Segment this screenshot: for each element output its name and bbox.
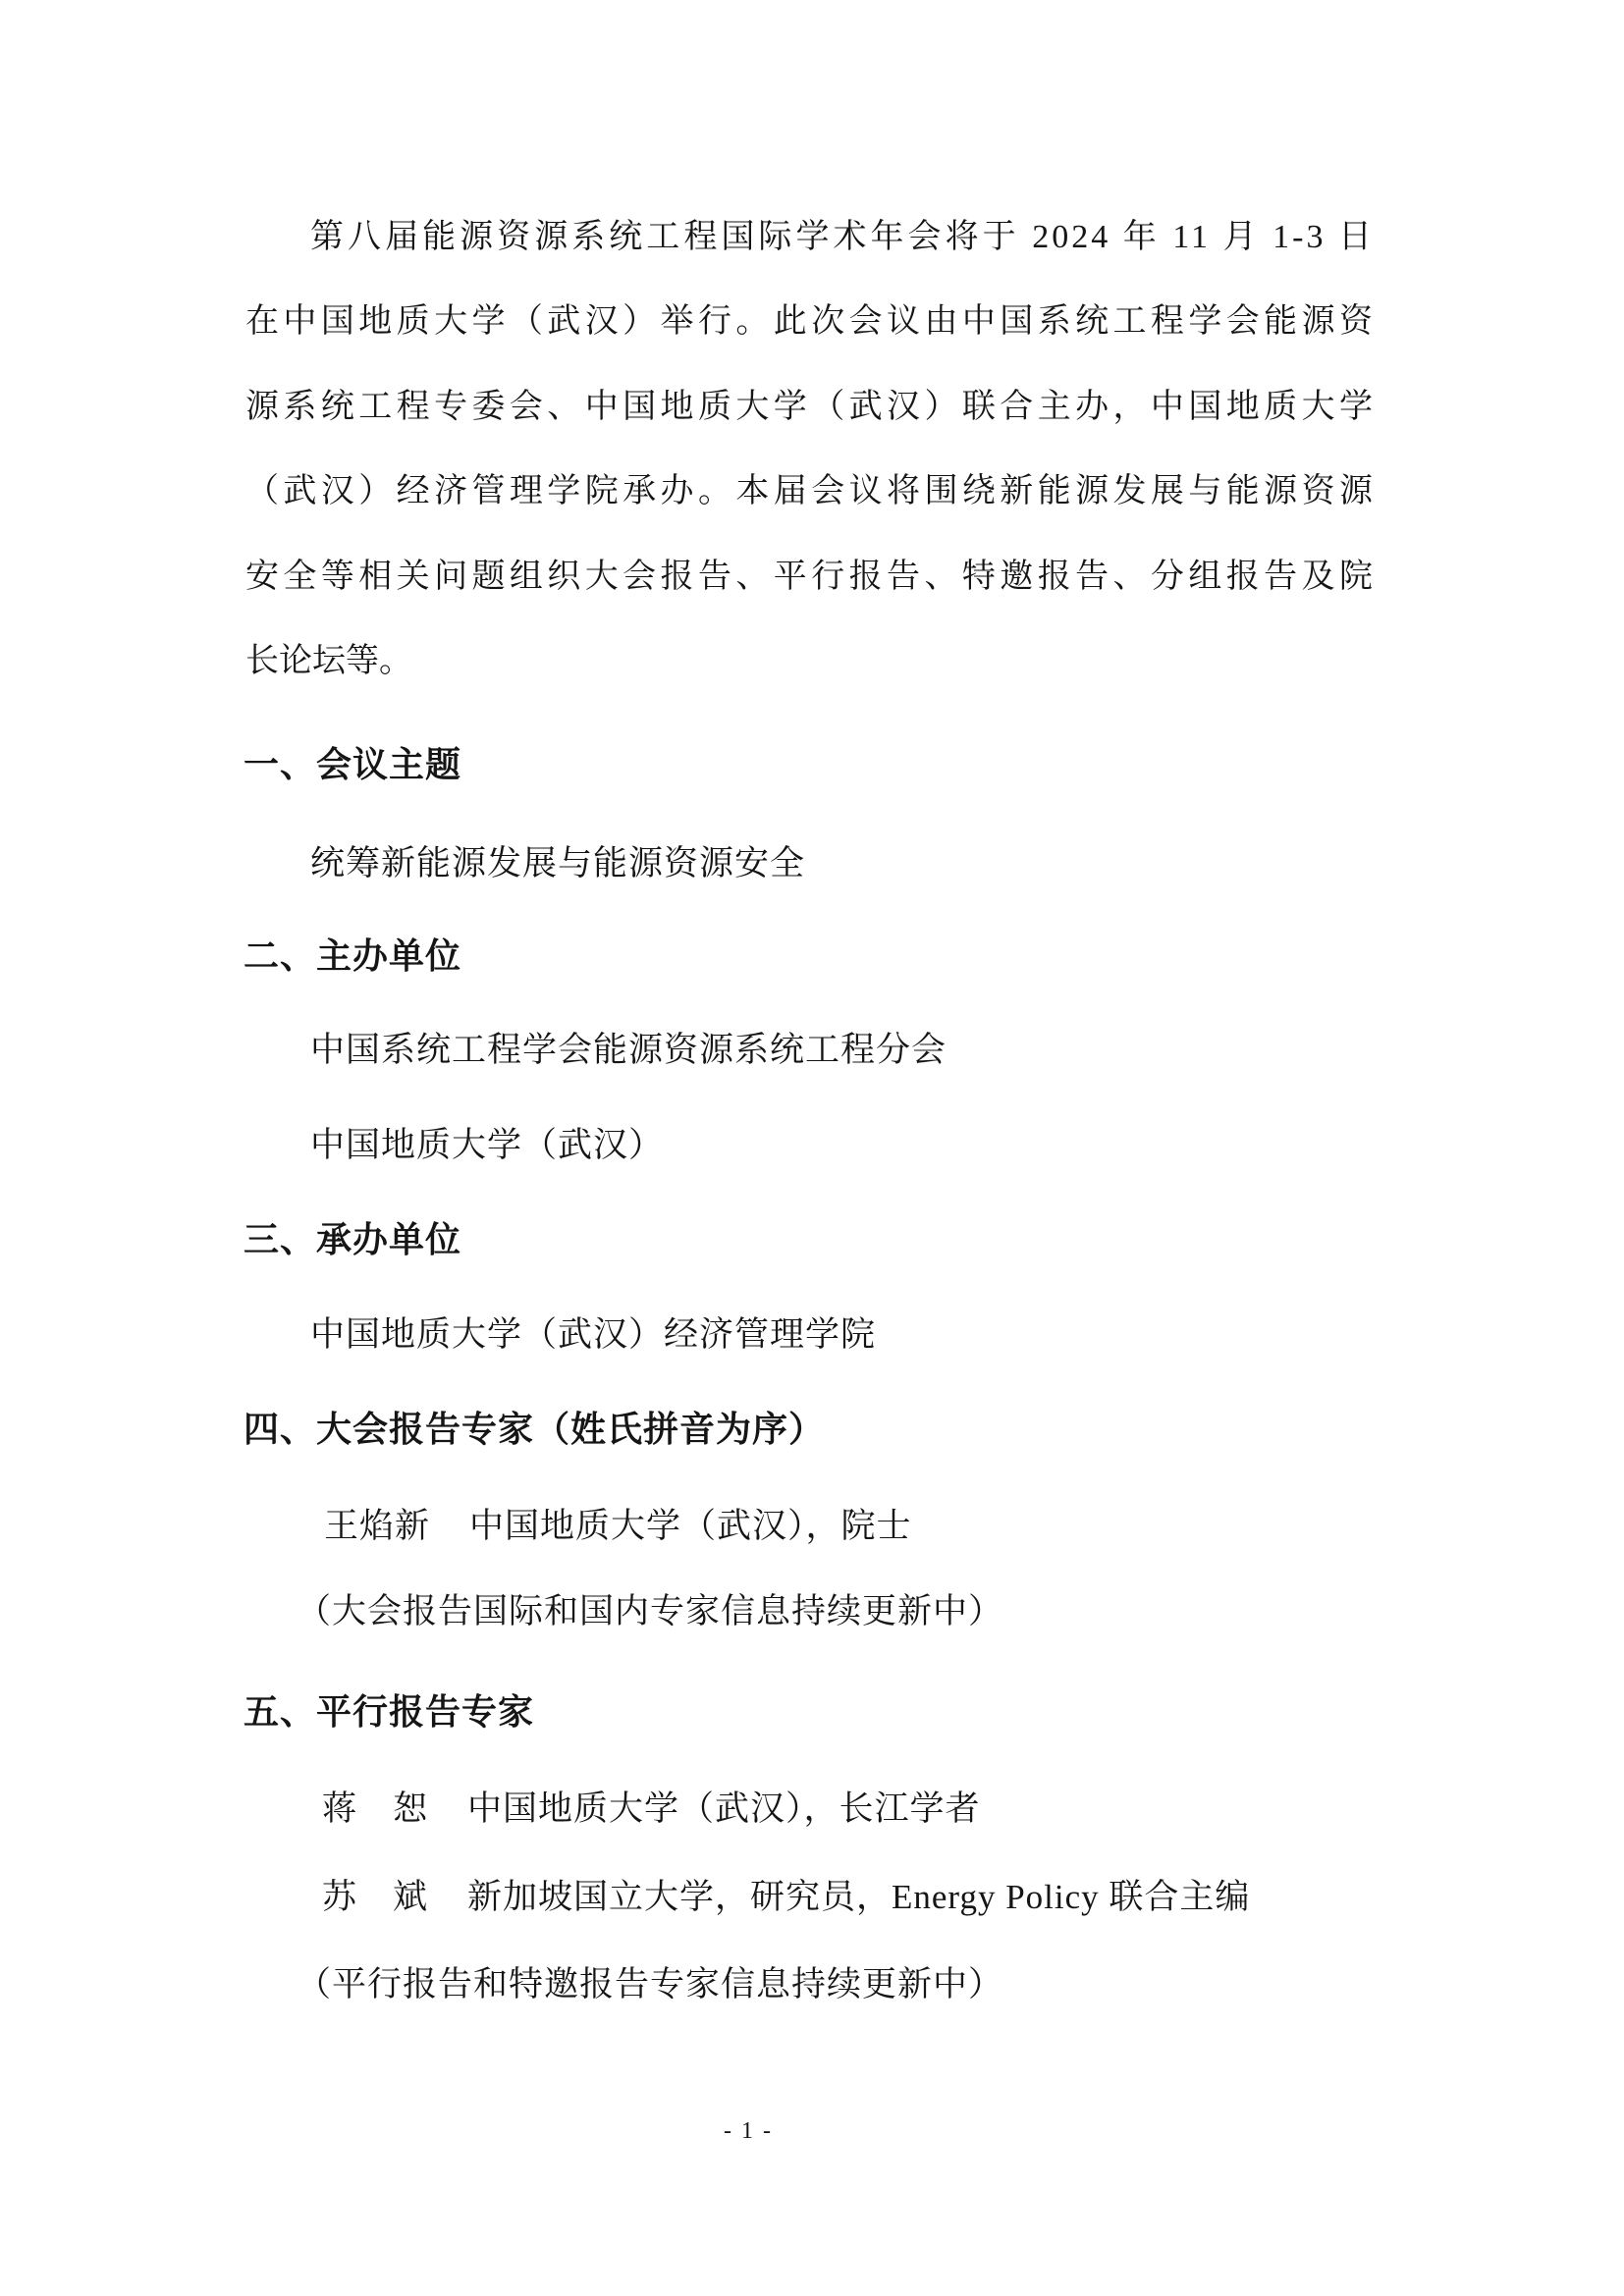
section-2-item-1: 中国系统工程学会能源资源系统工程分会 <box>310 1031 947 1070</box>
expert-row: 蒋 恕中国地质大学（武汉），长江学者 <box>322 1789 981 1829</box>
intro-line-5: 安全等相关问题组织大会报告、平行报告、特邀报告、分组报告及院 <box>245 558 1375 601</box>
intro-line-6: 长论坛等。 <box>245 642 412 680</box>
expert-name: 蒋 恕 <box>322 1789 428 1828</box>
expert-desc: 新加坡国立大学，研究员，Energy Policy 联合主编 <box>467 1878 1250 1916</box>
section-heading-5: 五、平行报告专家 <box>244 1691 534 1732</box>
section-3-item-1: 中国地质大学（武汉）经济管理学院 <box>310 1315 876 1355</box>
intro-line-1: 第八届能源资源系统工程国际学术年会将于 2024 年 11 月 1-3 日 <box>310 218 1375 261</box>
intro-line-3: 源系统工程专委会、中国地质大学（武汉）联合主办，中国地质大学 <box>245 388 1375 431</box>
section-2-item-2: 中国地质大学（武汉） <box>310 1126 664 1165</box>
document-page: 第八届能源资源系统工程国际学术年会将于 2024 年 11 月 1-3 日 在中… <box>0 0 1624 2296</box>
section-5-note: （平行报告和特邀报告专家信息持续更新中） <box>297 1965 1003 2004</box>
expert-desc: 中国地质大学（武汉），院士 <box>469 1507 912 1545</box>
expert-row: 王焰新中国地质大学（武汉），院士 <box>324 1507 912 1546</box>
expert-name: 苏 斌 <box>322 1878 428 1916</box>
section-heading-1: 一、会议主题 <box>244 744 461 784</box>
section-heading-2: 二、主办单位 <box>244 935 461 976</box>
section-1-item-1: 统筹新能源发展与能源资源安全 <box>310 844 805 883</box>
section-heading-3: 三、承办单位 <box>244 1219 461 1259</box>
expert-name: 王焰新 <box>324 1507 430 1545</box>
intro-line-4: （武汉）经济管理学院承办。本届会议将围绕新能源发展与能源资源 <box>245 472 1375 515</box>
expert-desc: 中国地质大学（武汉），长江学者 <box>467 1789 981 1828</box>
intro-line-2: 在中国地质大学（武汉）举行。此次会议由中国系统工程学会能源资 <box>245 302 1375 346</box>
page-number: - 1 - <box>650 2118 846 2145</box>
section-4-note: （大会报告国际和国内专家信息持续更新中） <box>297 1592 1003 1631</box>
expert-row: 苏 斌新加坡国立大学，研究员，Energy Policy 联合主编 <box>322 1878 1250 1917</box>
section-heading-4: 四、大会报告专家（姓氏拼音为序） <box>244 1409 825 1449</box>
